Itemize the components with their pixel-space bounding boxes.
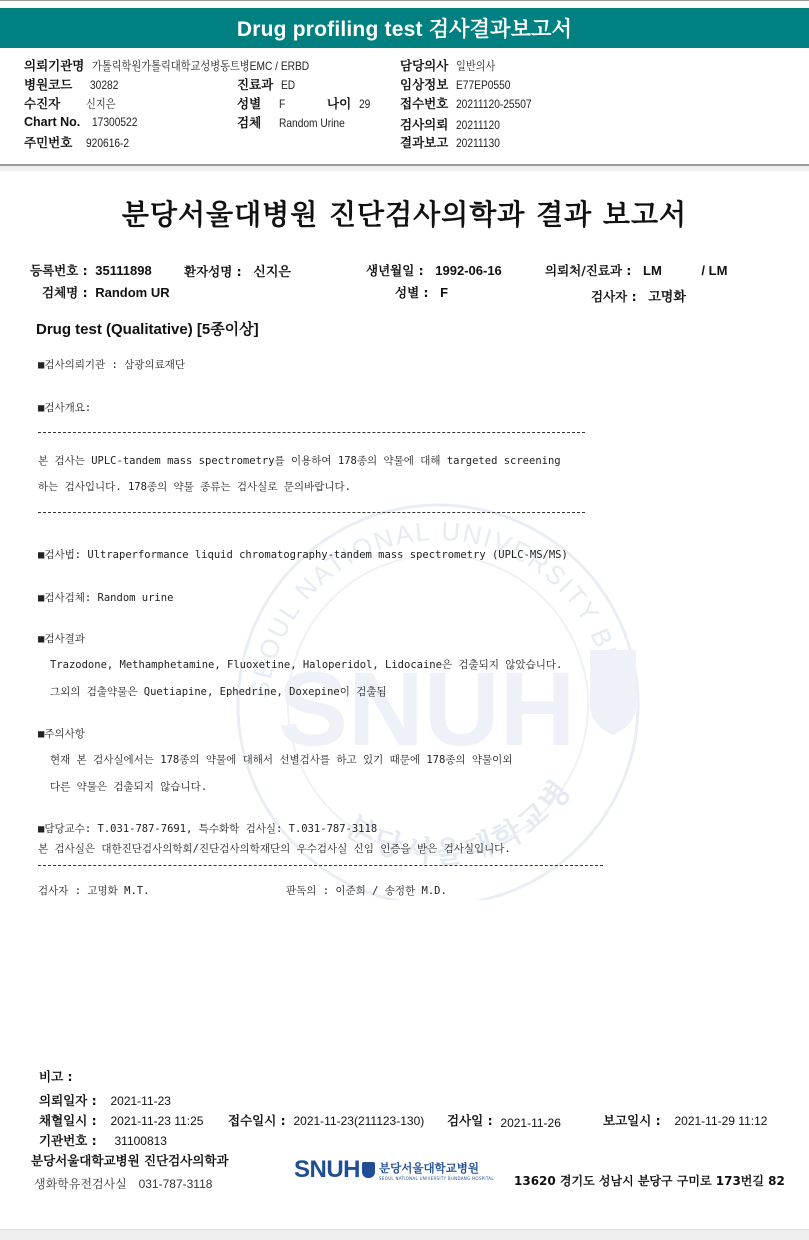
tester-label: 검사자 : <box>591 289 637 304</box>
result-report-value: 20211130 <box>456 136 500 150</box>
dob-value: 1992-06-16 <box>435 263 502 278</box>
specimen-name-field: 검체명 : Random UR <box>42 283 170 301</box>
dept-name: 분당서울대학교병원 진단검사의학과 <box>31 1151 229 1169</box>
separator-shade <box>0 166 809 171</box>
sex-label: 성별 <box>237 94 261 112</box>
top-rule <box>0 0 809 8</box>
hospital-code-row: 병원코드 30282 <box>24 75 124 93</box>
ref-dept-label: 의뢰처/진료과 : <box>545 263 631 278</box>
institution-no-label: 기관번호 : <box>39 1133 97 1148</box>
patient-name-field: 환자성명 : 신지은 <box>184 261 291 280</box>
id-label: 주민번호 <box>24 133 72 151</box>
sex-value: F <box>279 97 285 111</box>
report-title: 분당서울대병원 진단검사의학과 결과 보고서 <box>0 193 809 233</box>
referring-institution-value: 가톨릭학원가톨릭대학교성병동트병EMC / ERBD <box>92 57 309 74</box>
chart-row: Chart No. 17300522 <box>24 115 146 129</box>
specimen-line: ■검사검체: Random urine <box>38 590 173 605</box>
report-date-field: 보고일시 : 2021-11-29 11:12 <box>603 1111 767 1129</box>
department-label: 진료과 <box>237 75 273 93</box>
hospital-code-label: 병원코드 <box>24 75 72 93</box>
logo-names: 분당서울대학교병원 SEOUL NATIONAL UNIVERSITY BUND… <box>379 1160 494 1181</box>
snuh-logo-text: SNUH <box>294 1156 360 1184</box>
dash-divider-3 <box>38 865 603 866</box>
request-date-value: 2021-11-23 <box>110 1094 171 1108</box>
report-date-value: 2021-11-29 11:12 <box>674 1114 767 1128</box>
patient-name-label: 환자성명 : <box>184 264 242 279</box>
overview-line-1: 본 검사는 UPLC-tandem mass spectrometry를 이용하… <box>38 453 561 468</box>
overview-heading: ■검사개요: <box>38 400 91 415</box>
specimen-row: 검체 Random Urine <box>237 113 357 131</box>
lab-contact: 생화학유전검사실 031-787-3118 <box>34 1175 212 1192</box>
remarks: 비고 : <box>39 1067 73 1085</box>
collection-label: 채혈일시 : <box>39 1113 97 1128</box>
ref-dept-field: 의뢰처/진료과 : LM / LM <box>545 261 727 279</box>
report-sex-value: F <box>440 285 448 300</box>
result-report-label: 결과보고 <box>400 133 448 151</box>
header-title: Drug profiling test 검사결과보고서 <box>237 13 572 43</box>
sex-row: 성별 F <box>237 94 287 112</box>
reg-no-field: 등록번호 : 35111898 <box>30 261 152 279</box>
receipt-value: 2021-11-23(211123-130) <box>293 1114 424 1128</box>
patient-label: 수진자 <box>24 94 60 112</box>
patient-row: 수진자 신지은 <box>24 94 121 112</box>
contact-line: ■담당교수: T.031-787-7691, 특수화학 검사실: T.031-7… <box>38 821 377 836</box>
collection-value: 2021-11-23 11:25 <box>110 1114 203 1128</box>
result-report-row: 결과보고 20211130 <box>400 133 508 151</box>
hospital-code-value: 30282 <box>90 78 118 92</box>
receipt-no-label: 접수번호 <box>400 94 448 112</box>
remarks-label: 비고 : <box>39 1069 73 1084</box>
referring-institution-row: 의뢰기관명 가톨릭학원가톨릭대학교성병동트병EMC / ERBD <box>24 56 348 74</box>
report-sex-field: 성별 : F <box>395 283 448 301</box>
dob-label: 생년월일 : <box>366 263 424 278</box>
institution-no-value: 31100813 <box>114 1134 167 1148</box>
overview-line-2: 하는 검사입니다. 178종의 약물 종류는 검사실로 문의바랍니다. <box>38 479 351 494</box>
ref-dept-second: / LM <box>701 263 727 278</box>
logo-korean-name: 분당서울대학교병원 <box>379 1160 494 1176</box>
reg-no-label: 등록번호 : <box>30 263 88 278</box>
logo-english-name: SEOUL NATIONAL UNIVERSITY BUNDANG HOSPIT… <box>379 1176 494 1181</box>
tester-value: 고명화 <box>648 289 686 304</box>
bottom-bar <box>0 1229 809 1240</box>
tester-field: 검사자 : 고명화 <box>591 286 686 305</box>
collection-field: 채혈일시 : 2021-11-23 11:25 <box>39 1111 203 1129</box>
dash-divider-1 <box>38 432 585 433</box>
ref-dept-value: LM <box>643 263 662 278</box>
reg-no-value: 35111898 <box>95 263 151 278</box>
dept-name-text: 분당서울대학교병원 진단검사의학과 <box>31 1153 229 1168</box>
result-heading: ■검사결과 <box>38 631 85 646</box>
age-value: 29 <box>359 97 370 111</box>
clinical-info-row: 임상정보 E77EP0550 <box>400 75 520 93</box>
department-value: ED <box>281 78 295 92</box>
clinical-info-value: E77EP0550 <box>456 78 510 92</box>
address: 13620 경기도 성남시 분당구 구미로 173번길 82 <box>514 1172 785 1189</box>
test-request-value: 20211120 <box>456 118 500 132</box>
header-band: Drug profiling test 검사결과보고서 <box>0 8 809 48</box>
clinical-info-label: 임상정보 <box>400 75 448 93</box>
caution-line-1: 현재 본 검사실에서는 178종의 약물에 대해서 선별검사를 하고 있기 때문… <box>50 752 512 767</box>
department-row: 진료과 ED <box>237 75 298 93</box>
referring-institution-label: 의뢰기관명 <box>24 56 84 74</box>
request-date-label: 의뢰일자 : <box>39 1093 97 1108</box>
lab-phone: 031-787-3118 <box>139 1177 213 1191</box>
dob-field: 생년월일 : 1992-06-16 <box>366 261 502 279</box>
test-title: Drug test (Qualitative) [5종이상] <box>36 318 259 339</box>
test-date-field: 검사일 : 2021-11-26 <box>447 1111 561 1129</box>
address-text: 13620 경기도 성남시 분당구 구미로 173번길 82 <box>514 1174 785 1188</box>
result-line-2: 그외의 검출약물은 Quetiapine, Ephedrine, Doxepin… <box>50 684 387 699</box>
method-line: ■검사법: Ultraperformance liquid chromatogr… <box>38 547 568 562</box>
specimen-label: 검체 <box>237 113 261 131</box>
receipt-no-value: 20211120-25507 <box>456 97 532 111</box>
age-label: 나이 <box>327 94 351 112</box>
test-request-row: 검사의뢰 20211120 <box>400 115 508 133</box>
attending-row: 담당의사 일반의사 <box>400 56 503 74</box>
receipt-field: 접수일시 : 2021-11-23(211123-130) <box>228 1111 424 1129</box>
report-sex-label: 성별 : <box>395 285 429 300</box>
caution-line-2: 다른 약물은 검출되지 않습니다. <box>50 779 207 794</box>
snuh-logo: SNUH 분당서울대학교병원 SEOUL NATIONAL UNIVERSITY… <box>294 1156 494 1184</box>
body-tester-line: 검사자 : 고명화 M.T. <box>38 883 149 898</box>
result-line-1: Trazodone, Methamphetamine, Fluoxetine, … <box>50 657 562 672</box>
chart-label: Chart No. <box>24 115 80 129</box>
reader-line: 판독의 : 이준희 / 송정한 M.D. <box>286 883 447 898</box>
institution-no-field: 기관번호 : 31100813 <box>39 1131 167 1149</box>
receipt-label: 접수일시 : <box>228 1113 286 1128</box>
request-date-field: 의뢰일자 : 2021-11-23 <box>39 1091 171 1109</box>
test-date-label: 검사일 : <box>447 1113 493 1128</box>
report-date-label: 보고일시 : <box>603 1113 661 1128</box>
caution-heading: ■주의사항 <box>38 726 85 741</box>
id-value: 920616-2 <box>86 136 129 150</box>
summary-block: 의뢰기관명 가톨릭학원가톨릭대학교성병동트병EMC / ERBD 담당의사 일반… <box>0 48 809 164</box>
chart-no-value: 17300522 <box>92 115 137 129</box>
svg-text:SEOUL NATIONAL UNIVERSITY BUND: SEOUL NATIONAL UNIVERSITY BUNDANG HOSPIT… <box>228 480 632 713</box>
id-row: 주민번호 920616-2 <box>24 133 137 151</box>
attending-label: 담당의사 <box>400 56 448 74</box>
patient-name-value: 신지은 <box>253 264 291 279</box>
specimen-name-value: Random UR <box>95 285 169 300</box>
attending-value: 일반의사 <box>456 57 495 74</box>
lab-name: 생화학유전검사실 <box>34 1177 127 1191</box>
age-row: 나이 29 <box>327 94 373 112</box>
receipt-no-row: 접수번호 20211120-25507 <box>400 94 545 112</box>
specimen-value: Random Urine <box>279 116 345 130</box>
test-date-value: 2021-11-26 <box>500 1116 561 1130</box>
test-request-label: 검사의뢰 <box>400 115 448 133</box>
svg-text:분당서울대학교병원: 분당서울대학교병원 <box>228 480 581 871</box>
dash-divider-2 <box>38 512 585 513</box>
certification-line: 본 검사실은 대한진단검사의학회/진단검사의학재단의 우수검사실 신임 인증을 … <box>38 841 511 856</box>
institution-line: ■검사의뢰기관 : 삼광의료재단 <box>38 357 185 372</box>
specimen-name-label: 검체명 : <box>42 285 88 300</box>
patient-value: 신지은 <box>86 95 116 112</box>
shield-icon <box>362 1162 375 1178</box>
